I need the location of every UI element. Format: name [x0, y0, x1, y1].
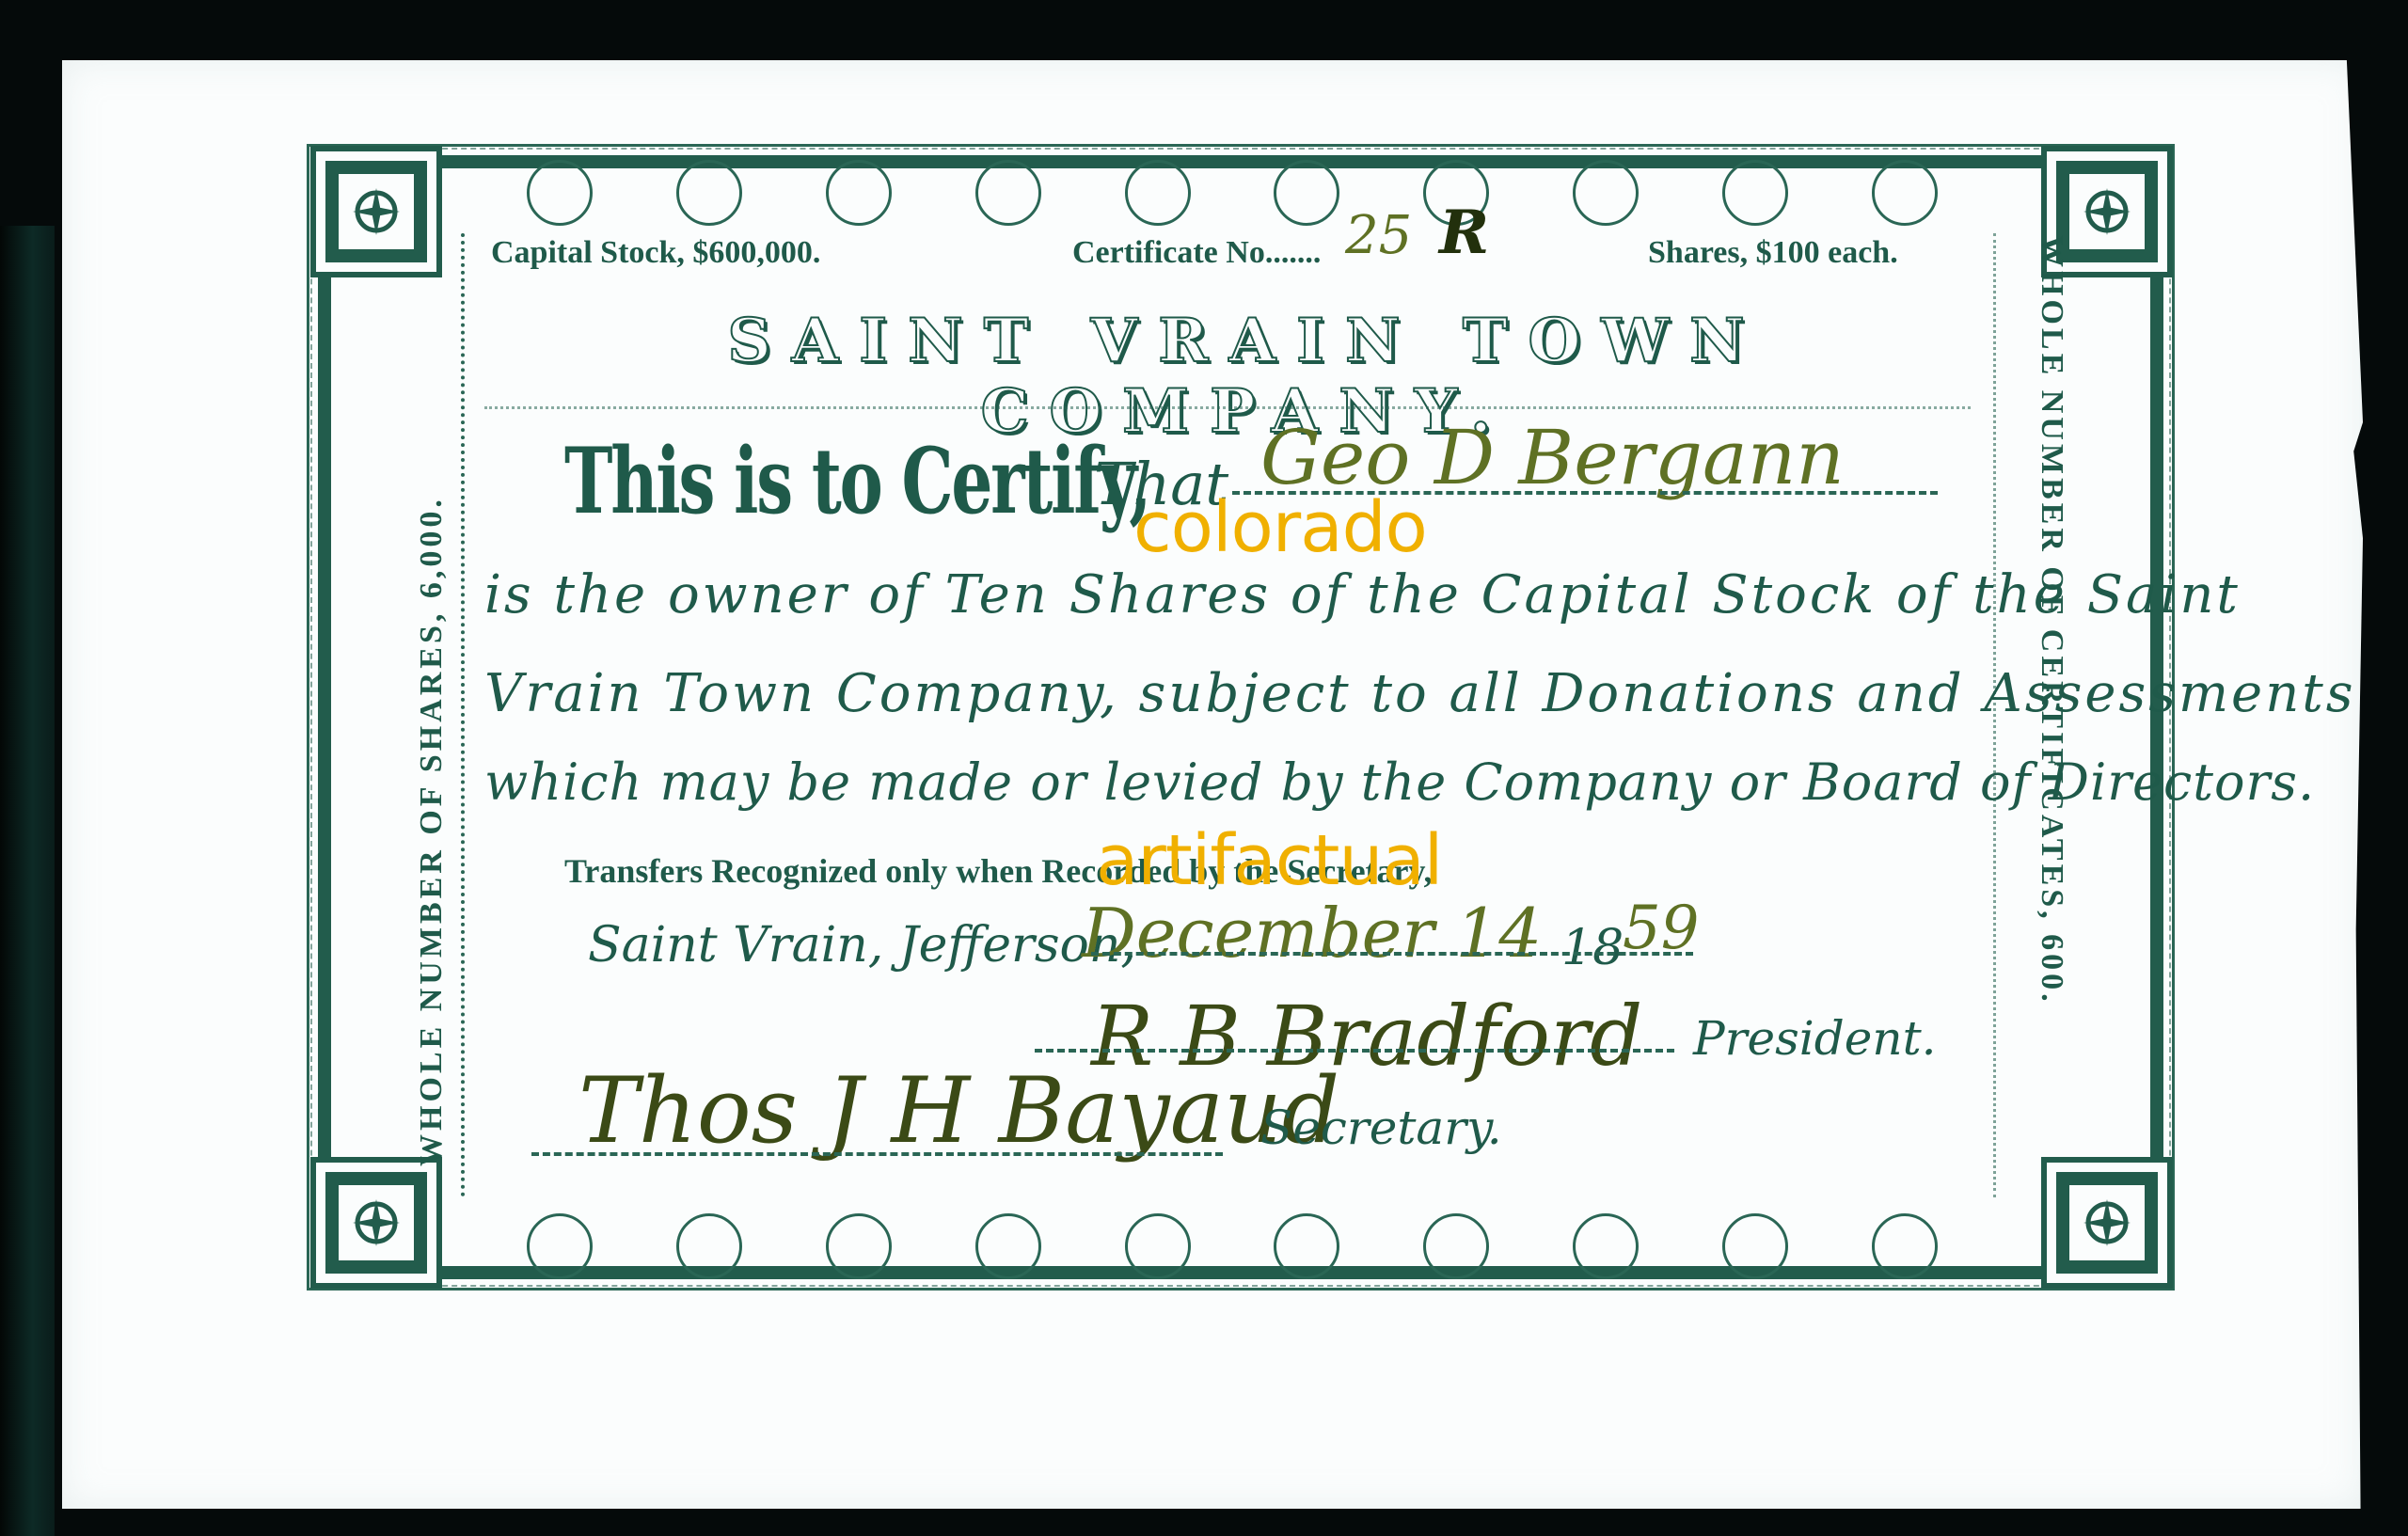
border-beads-top	[527, 160, 1938, 226]
watermark-artifactual: artifactual	[1096, 820, 1442, 901]
watermark-colorado: colorado	[1133, 487, 1427, 568]
wavy-rule-left	[461, 233, 472, 1197]
certificate-number-label: Certificate No.......	[1072, 235, 1321, 271]
body-line-2: Vrain Town Company, subject to all Donat…	[484, 663, 2356, 724]
capital-stock-label: Capital Stock, $600,000.	[491, 235, 820, 271]
year-prefix: 18	[1561, 920, 1624, 976]
president-title: President.	[1693, 1011, 1937, 1066]
secretary-signature-line	[531, 1152, 1223, 1156]
president-signature-line	[1035, 1049, 1674, 1053]
date-line	[1091, 952, 1693, 956]
secretary-title: Secretary.	[1260, 1101, 1502, 1155]
body-line-3: which may be made or levied by the Compa…	[484, 752, 2315, 812]
certificate-number-handwritten: 25	[1345, 205, 1412, 266]
body-line-1: is the owner of Ten Shares of the Capita…	[484, 564, 2241, 625]
backdrop	[0, 226, 55, 1536]
secretary-signature: Thos J H Bayaud	[578, 1058, 1339, 1164]
border-beads-bottom	[527, 1213, 1938, 1279]
corner-ornament-bottom-left	[306, 1152, 447, 1293]
date-handwritten: December 14	[1082, 894, 1542, 973]
corner-ornament-bottom-right	[2036, 1152, 2178, 1293]
certificate-dots: ......	[1273, 235, 1321, 270]
shares-value-label: Shares, $100 each.	[1648, 235, 1898, 271]
place-label: Saint Vrain, Jefferson,	[588, 917, 1136, 974]
certificate-label: Certificate No.	[1072, 235, 1273, 270]
side-text-shares: WHOLE NUMBER OF SHARES, 6,000.	[414, 496, 450, 1166]
certificate-suffix-handwritten: R	[1439, 198, 1489, 268]
corner-ornament-top-left	[306, 141, 447, 282]
certify-heading: This is to Certify,	[564, 428, 1149, 534]
